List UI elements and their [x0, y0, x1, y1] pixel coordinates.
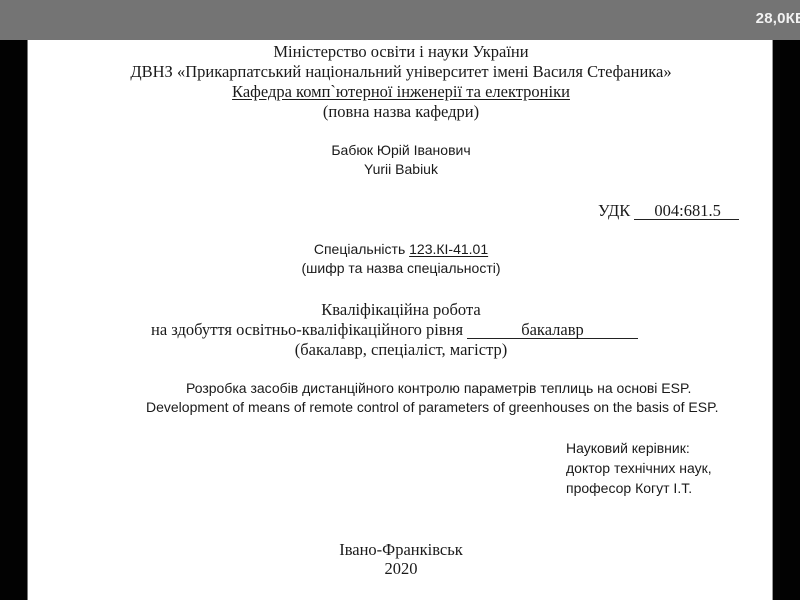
document-page: Міністерство освіти і науки України ДВНЗ… [27, 40, 773, 600]
udk-value: 004:681.5 [634, 203, 738, 220]
specialty-label: Спеціальність [314, 241, 405, 257]
thesis-title-ua: Розробка засобів дистанційного контролю … [186, 380, 691, 396]
city: Івано-Франківськ [28, 540, 773, 560]
author-name-ua: Бабюк Юрій Іванович [28, 142, 773, 158]
university-line: ДВНЗ «Прикарпатський національний універ… [28, 62, 773, 82]
department-line: Кафедра комп`ютерної інженерії та електр… [28, 82, 773, 102]
thesis-title-en: Development of means of remote control o… [146, 399, 719, 415]
degree-value: бакалавр [467, 322, 638, 339]
specialty-note: (шифр та назва спеціальності) [28, 260, 773, 276]
viewer-top-bar: 28,0КБ [0, 0, 800, 40]
udk-line: УДК 004:681.5 [598, 201, 739, 221]
author-name-en: Yurii Babiuk [28, 161, 773, 177]
supervisor-degree: доктор технічних наук, [566, 460, 712, 476]
specialty-value: 123.КІ-41.01 [409, 241, 488, 257]
specialty-line: Спеціальність 123.КІ-41.01 [28, 241, 773, 257]
udk-label: УДК [598, 201, 630, 220]
degree-prefix: на здобуття освітньо-кваліфікаційного рі… [151, 320, 463, 339]
supervisor-label: Науковий керівник: [566, 440, 690, 456]
department-name: Кафедра комп`ютерної інженерії та електр… [232, 82, 570, 101]
department-note: (повна назва кафедри) [28, 102, 773, 122]
year: 2020 [28, 559, 773, 579]
degree-line: на здобуття освітньо-кваліфікаційного рі… [151, 320, 638, 340]
degree-note: (бакалавр, спеціаліст, магістр) [28, 340, 773, 360]
file-size-label: 28,0КБ [756, 10, 800, 27]
work-type: Кваліфікаційна робота [28, 300, 773, 320]
ministry-line: Міністерство освіти і науки України [28, 42, 773, 62]
supervisor-name: професор Когут І.Т. [566, 480, 692, 496]
document-viewer: 28,0КБ Міністерство освіти і науки Украї… [0, 0, 800, 600]
